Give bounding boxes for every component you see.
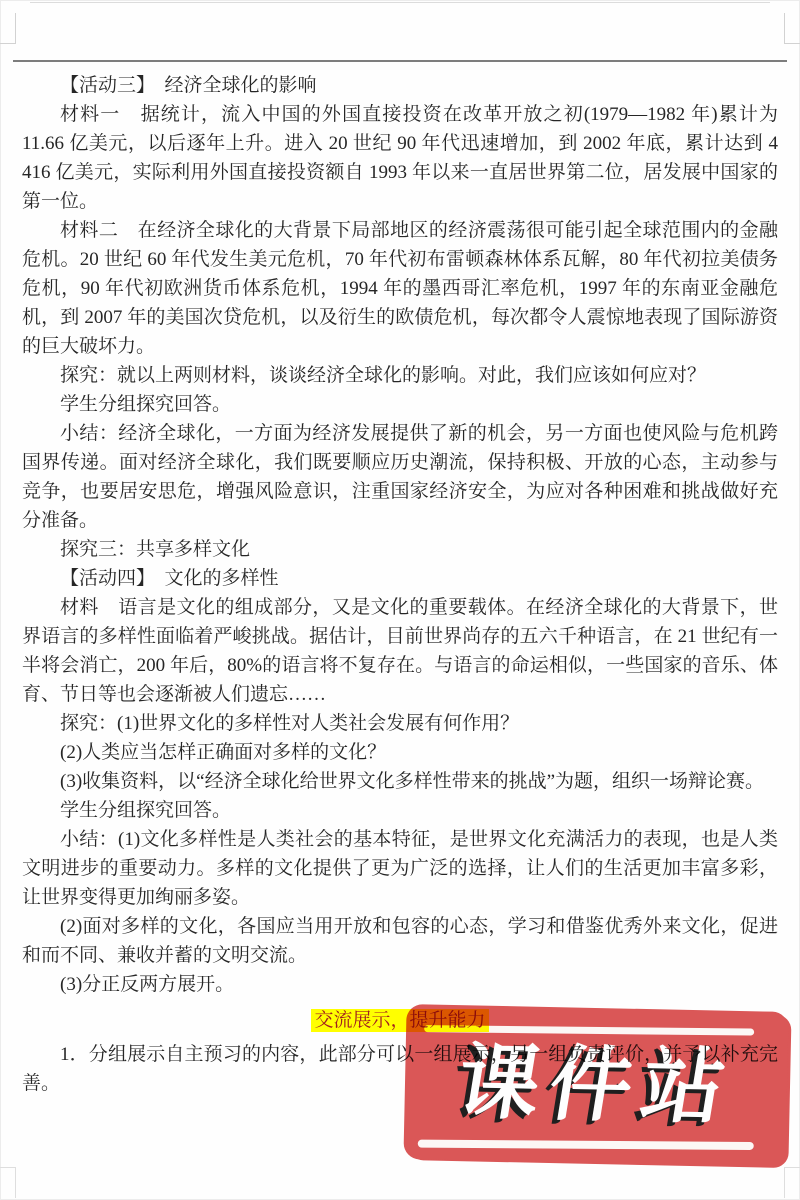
document-body: 【活动三】 经济全球化的影响 材料一 据统计，流入中国的外国直接投资在改革开放之… [22,71,778,1098]
kejianzhan-stamp: 课件站 [403,1004,788,1167]
material1-paragraph: 材料一 据统计，流入中国的外国直接投资在改革开放之初(1979—1982 年)累… [22,100,778,216]
inquiry-q3-paragraph: (3)收集资料，以“经济全球化给世界文化多样性带来的挑战”为题，组织一场辩论赛。 [22,767,778,796]
material2-paragraph: 材料二 在经济全球化的大背景下局部地区的经济震荡很可能引起全球范围内的金融危机。… [22,216,778,361]
page-top-edge [30,2,770,3]
inquiry-q2-paragraph: (2)人类应当怎样正确面对多样的文化？ [22,738,778,767]
summary-paragraph: 小结：经济全球化，一方面为经济发展提供了新的机会，另一方面也使风险与危机跨国界传… [22,419,778,535]
margin-mark-bottom-right [784,1167,800,1198]
activity4-heading: 【活动四】 文化的多样性 [22,564,778,593]
inquiry-q1-paragraph: 探究：(1)世界文化的多样性对人类社会发展有何作用？ [22,709,778,738]
header-rule [13,60,787,62]
inquiry-question-paragraph: 探究：就以上两则材料，谈谈经济全球化的影响。对此，我们应该如何应对？ [22,361,778,390]
margin-mark-top-left [0,13,16,44]
group-answer2-paragraph: 学生分组探究回答。 [22,796,778,825]
summary2-point1-paragraph: 小结：(1)文化多样性是人类社会的基本特征，是世界文化充满活力的表现，也是人类文… [22,825,778,912]
material-language-paragraph: 材料 语言是文化的组成部分，又是文化的重要载体。在经济全球化的大背景下，世界语言… [22,593,778,709]
margin-mark-top-right [784,13,800,44]
summary2-point3-paragraph: (3)分正反两方展开。 [22,970,778,999]
summary2-point2-paragraph: (2)面对多样的文化，各国应当用开放和包容的心态，学习和借鉴优秀外来文化，促进和… [22,912,778,970]
group-answer-paragraph: 学生分组探究回答。 [22,390,778,419]
document-page: 【活动三】 经济全球化的影响 材料一 据统计，流入中国的外国直接投资在改革开放之… [0,0,800,1200]
activity3-heading: 【活动三】 经济全球化的影响 [22,71,778,100]
stamp-top-streak [424,1025,754,1035]
inquiry3-heading: 探究三：共享多样文化 [22,535,778,564]
stamp-bottom-streak [418,1140,754,1150]
stamp-text: 课件站 [397,1034,794,1138]
margin-mark-bottom-left [0,1167,16,1198]
